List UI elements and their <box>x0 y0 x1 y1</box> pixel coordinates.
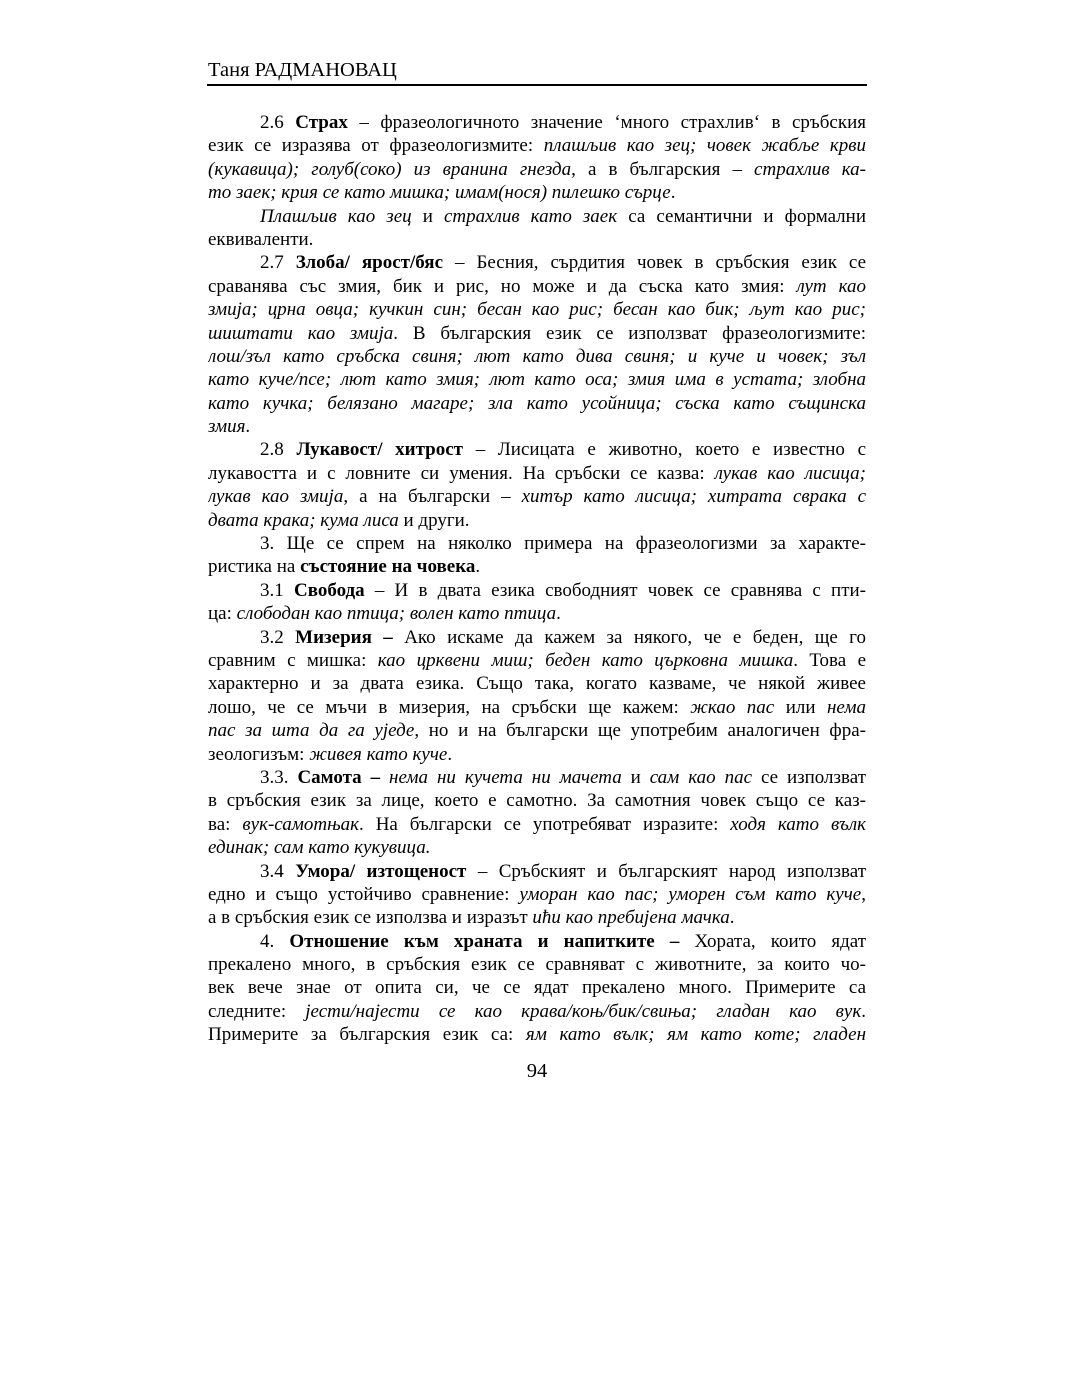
text-run: лукавостта и с ловните си умения. На сръ… <box>208 463 715 484</box>
text-line: змија; црна овца; кучкин син; бесан као … <box>208 298 866 321</box>
text-line: (кукавица); голуб(соко) из вранина гнезд… <box>208 158 866 181</box>
text-line: 4. Отношение към храната и напитките – Х… <box>208 930 866 953</box>
text-run: – Бесния, сърдития човек в сръбския език… <box>443 252 866 273</box>
text-run: сраванява със змия, бик и рис, но може и… <box>208 276 796 297</box>
italic-run: сам као пас <box>650 767 752 788</box>
italic-run: лукав као змија <box>208 486 343 507</box>
text-line: 3.4 Умора/ изтощеност – Сръбският и бълг… <box>208 860 866 883</box>
italic-run: лош/зъл като сръбска свиня; лют като див… <box>208 346 866 367</box>
italic-run: јести/најести се као крава/коњ/бик/свиња… <box>305 1001 861 1022</box>
italic-run: лут као <box>796 276 866 297</box>
text-run: – И в двата езика свободният човек се ср… <box>365 580 866 601</box>
text-line: двата крака; кума лиса и други. <box>208 509 866 532</box>
italic-run: страхлив като заек <box>444 206 617 227</box>
text-line: лошо, че се мъчи в мизерия, на сръбски щ… <box>208 696 866 719</box>
italic-run: ям като вълк; ям като коте; гладен <box>526 1024 866 1045</box>
text-run: ва: <box>208 814 242 835</box>
bold-run: Лукавост/ хитрост <box>296 439 463 460</box>
text-run: 3.4 <box>260 861 295 882</box>
bold-run: Самота – <box>297 767 380 788</box>
text-run: 4. <box>260 931 289 952</box>
italic-run: страхлив ка- <box>754 159 866 180</box>
text-line: като куче/псе; лют като змия; лют като о… <box>208 368 866 391</box>
header-rule <box>207 84 867 86</box>
text-run: прекалено много, в сръбския език се срав… <box>208 954 866 975</box>
text-line: век вече знае от опита си, че се ядат пр… <box>208 976 866 999</box>
text-run: , но и на български ще употребим аналоги… <box>414 720 866 741</box>
text-run: . <box>556 603 561 624</box>
text-run <box>380 767 389 788</box>
text-run: и <box>622 767 650 788</box>
italic-run: двата крака; кума лиса <box>208 510 399 531</box>
italic-run: слободан као птица; волен като птица <box>237 603 556 624</box>
text-run: . <box>861 1001 866 1022</box>
text-line: 3.2 Мизерия – Ако искаме да кажем за няк… <box>208 626 866 649</box>
text-line: ристика на състояние на човека. <box>208 555 866 578</box>
text-line: змия. <box>208 415 866 438</box>
text-line: шиштати као змија. В българския език се … <box>208 322 866 345</box>
text-run: . В българския език се използват фразеол… <box>393 323 866 344</box>
text-line: еквиваленти. <box>208 228 866 251</box>
bold-run: Отношение към храната и напитките – <box>289 931 679 952</box>
text-run: . <box>447 744 452 765</box>
bold-run: Свобода <box>294 580 365 601</box>
text-run: 3.2 <box>260 627 295 648</box>
text-run: . Това е <box>793 650 866 671</box>
italic-run: као црквени миш; беден като църковна миш… <box>378 650 793 671</box>
text-run: следните: <box>208 1001 305 1022</box>
text-run: език се изразява от фразеологизмите: <box>208 135 544 156</box>
italic-run: нема <box>827 697 866 718</box>
text-line: характерно и за двата езика. Също така, … <box>208 672 866 695</box>
text-run: характерно и за двата езика. Също така, … <box>208 673 866 694</box>
text-line: ва: вук-самотњак. На български се употре… <box>208 813 866 836</box>
text-line: зеологизъм: живея като куче. <box>208 743 866 766</box>
text-run: век вече знае от опита си, че се ядат пр… <box>208 977 866 998</box>
text-run: . На български се употребяват изразите: <box>359 814 730 835</box>
text-run: – Лисицата е животно, което е известно с <box>463 439 866 460</box>
italic-run: плашљив као зец; човек жабље крви <box>544 135 866 156</box>
text-run: в сръбския език за лице, което е самотно… <box>208 790 866 811</box>
text-run: . <box>475 556 480 577</box>
text-run: – фразеологичното значение ‘много страхл… <box>348 112 866 133</box>
document-page: Таня РАДМАНОВАЦ 2.6 Страх – фразеологичн… <box>0 0 1080 1397</box>
text-line: то заек; крия се като мишка; имам(нося) … <box>208 181 866 204</box>
italic-run: змија; црна овца; кучкин син; бесан као … <box>208 299 866 320</box>
italic-run: нема ни кучета ни мачета <box>389 767 622 788</box>
italic-run: уморан као пас; уморен съм като куче <box>519 884 861 905</box>
text-run: се използват <box>752 767 866 788</box>
text-line: ца: слободан као птица; волен като птица… <box>208 602 866 625</box>
text-run: 3. Ще се спрем на няколко примера на фра… <box>260 533 866 554</box>
text-line: 2.6 Страх – фразеологичното значение ‘мн… <box>208 111 866 134</box>
italic-run: вук-самотњак <box>242 814 359 835</box>
text-line: 3. Ще се спрем на няколко примера на фра… <box>208 532 866 555</box>
text-line: като кучка; белязано магаре; зла като ус… <box>208 392 866 415</box>
text-line: следните: јести/најести се као крава/коњ… <box>208 1000 866 1023</box>
text-line: пас за шта да га уједе, но и на българск… <box>208 719 866 742</box>
bold-run: Умора/ изтощеност <box>295 861 466 882</box>
text-line: сраванява със змия, бик и рис, но може и… <box>208 275 866 298</box>
text-run: 3.1 <box>260 580 294 601</box>
italic-run: хитър като лисица; хитрата сврака с <box>522 486 866 507</box>
text-line: 2.8 Лукавост/ хитрост – Лисицата е живот… <box>208 438 866 461</box>
text-run: 2.8 <box>260 439 296 460</box>
text-run: Ако искаме да кажем за някого, че е беде… <box>393 627 866 648</box>
author-name: Таня РАДМАНОВАЦ <box>208 59 397 81</box>
text-line: в сръбския език за лице, което е самотно… <box>208 789 866 812</box>
text-run: ристика на <box>208 556 300 577</box>
bold-run: състояние на човека <box>300 556 475 577</box>
italic-run: ићи као пребијена мачка <box>532 907 729 928</box>
text-run: сравним с мишка: <box>208 650 378 671</box>
italic-run: пас за шта да га уједе <box>208 720 414 741</box>
text-line: 3.3. Самота – нема ни кучета ни мачета и… <box>208 766 866 789</box>
text-run: и <box>412 206 444 227</box>
bold-run: Страх <box>295 112 348 133</box>
page-footer: 94 <box>208 1060 866 1083</box>
italic-run: шиштати као змија <box>208 323 393 344</box>
text-line: сравним с мишка: као црквени миш; беден … <box>208 649 866 672</box>
text-run: . <box>730 907 735 928</box>
text-run: , <box>861 884 866 905</box>
text-run: 2.6 <box>260 112 295 133</box>
text-run: ца: <box>208 603 237 624</box>
page-header: Таня РАДМАНОВАЦ <box>208 58 866 82</box>
text-line: Плашљив као зец и страхлив като заек са … <box>208 205 866 228</box>
italic-run: жкао пас <box>690 697 774 718</box>
italic-run: ходя като вълк <box>730 814 866 835</box>
text-run: едно и също устойчиво сравнение: <box>208 884 519 905</box>
italic-run: Плашљив као зец <box>260 206 412 227</box>
italic-run: то заек; крия се като мишка; имам(нося) … <box>208 182 671 203</box>
text-line: лукав као змија, а на български – хитър … <box>208 485 866 508</box>
text-run: . <box>245 416 250 437</box>
text-line: а в сръбския език се използва и изразът … <box>208 906 866 929</box>
italic-run: лукав као лисица; <box>715 463 866 484</box>
text-run: лошо, че се мъчи в мизерия, на сръбски щ… <box>208 697 690 718</box>
bold-run: Мизерия – <box>295 627 393 648</box>
text-line: език се изразява от фразеологизмите: пла… <box>208 134 866 157</box>
page-number: 94 <box>527 1060 548 1082</box>
bold-run: Злоба/ ярост/бяс <box>296 252 443 273</box>
text-line: 2.7 Злоба/ ярост/бяс – Бесния, сърдития … <box>208 251 866 274</box>
text-line: Примерите за българския език са: ям като… <box>208 1023 866 1046</box>
text-run: и други. <box>399 510 470 531</box>
italic-run: като кучка; белязано магаре; зла като ус… <box>208 393 866 414</box>
text-run: или <box>774 697 827 718</box>
italic-run: змия <box>208 416 245 437</box>
document-body: 2.6 Страх – фразеологичното значение ‘мн… <box>208 111 866 1047</box>
text-run: зеологизъм: <box>208 744 309 765</box>
italic-run: като куче/псе; лют като змия; лют като о… <box>208 369 866 390</box>
text-run: Хората, които ядат <box>679 931 866 952</box>
text-run: са семантични и формални <box>617 206 866 227</box>
text-run: . <box>671 182 676 203</box>
text-run: – Сръбският и българският народ използва… <box>466 861 866 882</box>
text-run: Примерите за българския език са: <box>208 1024 526 1045</box>
text-run: а в сръбския език се използва и изразът <box>208 907 532 928</box>
text-line: единак; сам като кукувица. <box>208 836 866 859</box>
italic-run: живея като куче <box>309 744 447 765</box>
text-run: 2.7 <box>260 252 296 273</box>
text-run: 3.3. <box>260 767 297 788</box>
text-line: лош/зъл като сръбска свиня; лют като див… <box>208 345 866 368</box>
text-line: едно и също устойчиво сравнение: уморан … <box>208 883 866 906</box>
italic-run: единак; сам като кукувица. <box>208 837 431 858</box>
text-run: , а на български – <box>343 486 521 507</box>
text-line: лукавостта и с ловните си умения. На сръ… <box>208 462 866 485</box>
text-line: прекалено много, в сръбския език се срав… <box>208 953 866 976</box>
text-run: , а в българския – <box>571 159 754 180</box>
text-run: еквиваленти. <box>208 229 313 250</box>
text-line: 3.1 Свобода – И в двата езика свободният… <box>208 579 866 602</box>
italic-run: (кукавица); голуб(соко) из вранина гнезд… <box>208 159 571 180</box>
